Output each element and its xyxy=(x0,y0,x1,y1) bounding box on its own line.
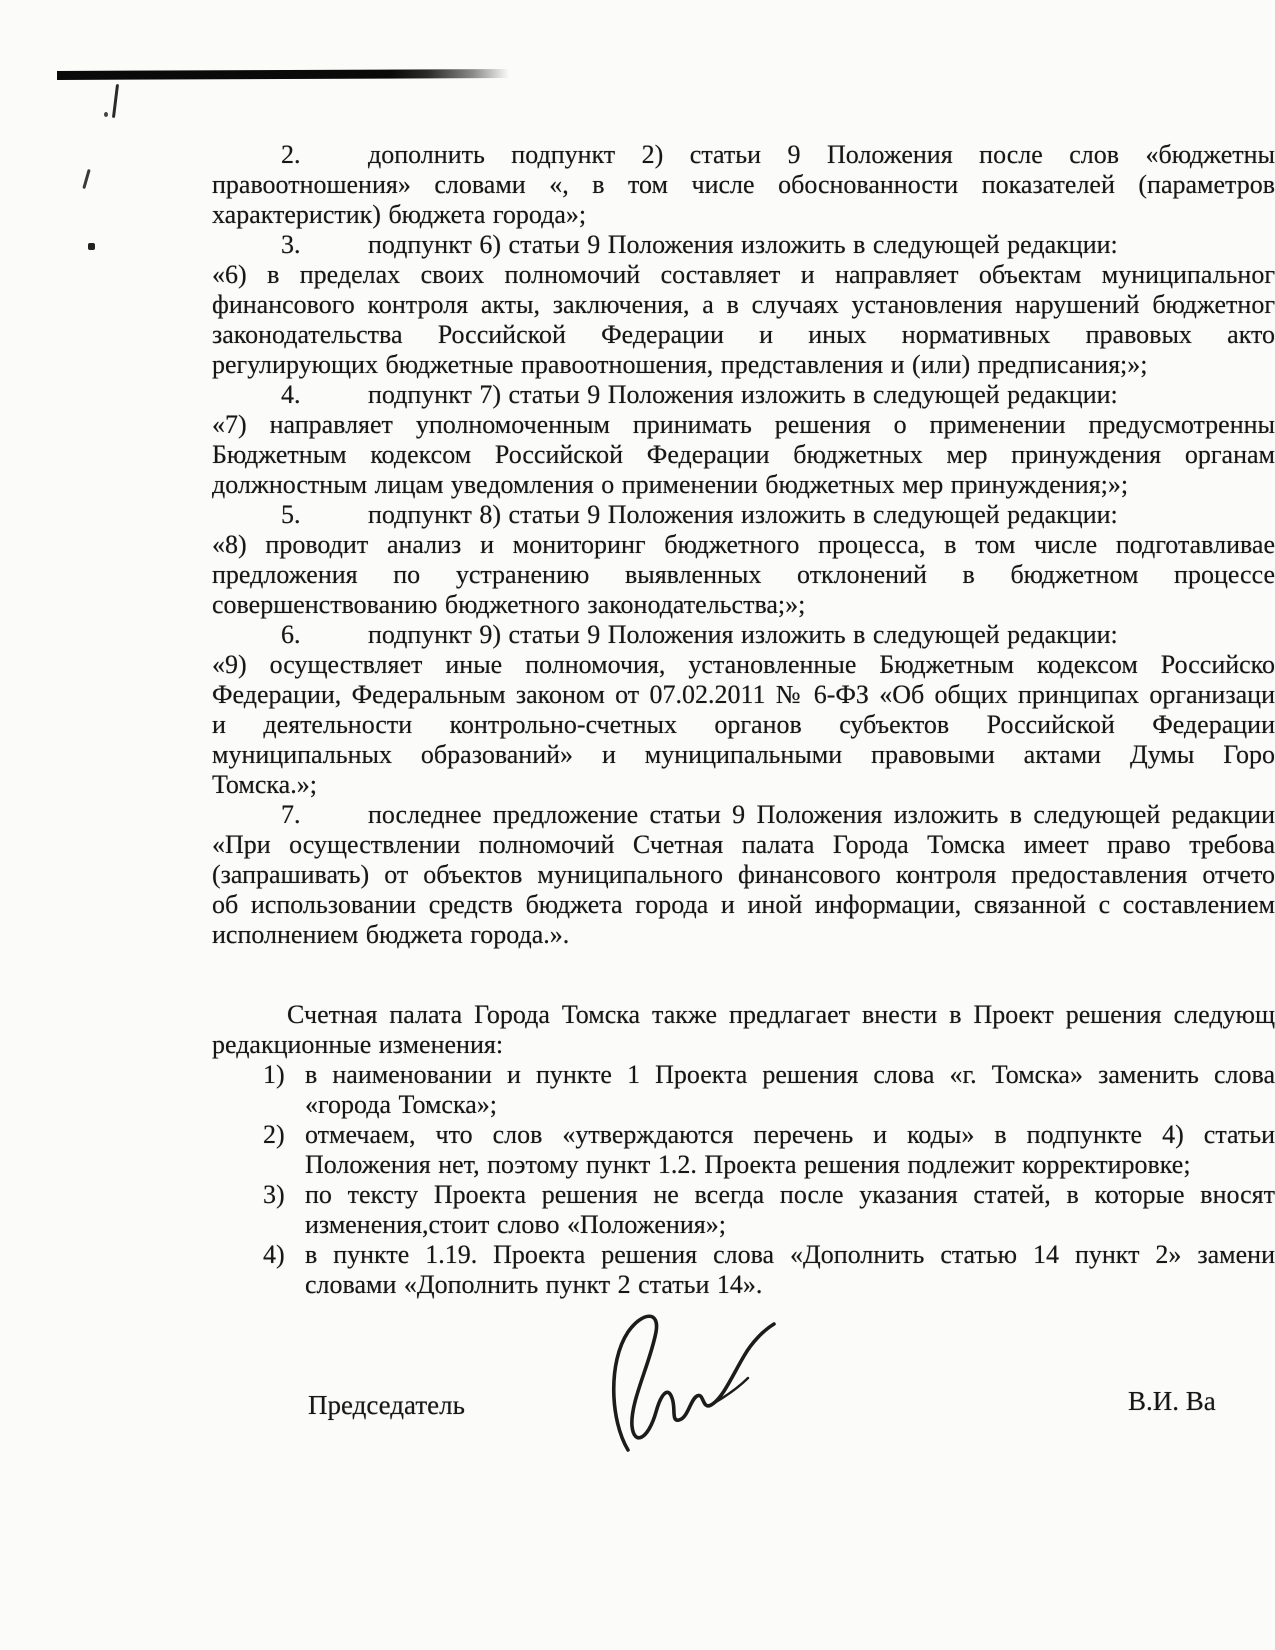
numbered-paragraph-line: 2.дополнить подпункт 2) статьи 9 Положен… xyxy=(212,140,1275,170)
line-text: характеристик) бюджета города»; xyxy=(212,200,586,229)
text-line: «6) в пределах своих полномочий составля… xyxy=(212,260,1275,290)
scan-artifact-mark xyxy=(88,243,95,250)
list-item-line: 3)по тексту Проекта решения не всегда по… xyxy=(212,1180,1275,1210)
text-line: правоотношения» словами «, в том числе о… xyxy=(212,170,1275,200)
line-text: финансового контроля акты, заключения, а… xyxy=(212,290,1275,319)
line-text: регулирующих бюджетные правоотношения, п… xyxy=(212,350,1147,379)
text-line: «9) осуществляет иные полномочия, устано… xyxy=(212,650,1275,680)
text-line: «8) проводит анализ и мониторинг бюджетн… xyxy=(212,530,1275,560)
line-text: подпункт 9) статьи 9 Положения изложить … xyxy=(368,620,1118,649)
line-text: правоотношения» словами «, в том числе о… xyxy=(212,170,1275,199)
scanned-document-page: 2.дополнить подпункт 2) статьи 9 Положен… xyxy=(0,0,1275,1650)
list-number: 4) xyxy=(263,1240,305,1270)
scan-artifact-mark xyxy=(82,169,90,189)
line-text: в наименовании и пункте 1 Проекта решени… xyxy=(305,1060,1275,1089)
text-line: «При осуществлении полномочий Счетная па… xyxy=(212,830,1275,860)
list-item-line: 2)отмечаем, что слов «утверждаются переч… xyxy=(212,1120,1275,1150)
line-text: в пункте 1.19. Проекта решения слова «До… xyxy=(305,1240,1275,1269)
list-number: 3) xyxy=(263,1180,305,1210)
paragraph-number: 7. xyxy=(281,800,368,830)
text-line: характеристик) бюджета города»; xyxy=(212,200,1275,230)
line-text: «9) осуществляет иные полномочия, устано… xyxy=(212,650,1275,679)
text-line: законодательства Российской Федерации и … xyxy=(212,320,1275,350)
line-text: муниципальных образований» и муниципальн… xyxy=(212,740,1275,769)
line-text: редакционные изменения: xyxy=(212,1030,503,1059)
scan-artifact-mark xyxy=(104,112,108,117)
line-text: «6) в пределах своих полномочий составля… xyxy=(212,260,1275,289)
list-number: 1) xyxy=(263,1060,305,1090)
text-line: Томска.»; xyxy=(212,770,1275,800)
text-line: редакционные изменения: xyxy=(212,1030,1275,1060)
text-line: и деятельности контрольно-счетных органо… xyxy=(212,710,1275,740)
text-line: «7) направляет уполномоченным принимать … xyxy=(212,410,1275,440)
line-text: отмечаем, что слов «утверждаются перечен… xyxy=(305,1120,1275,1149)
line-text: Бюджетным кодексом Российской Федерации … xyxy=(212,440,1275,469)
line-text: законодательства Российской Федерации и … xyxy=(212,320,1275,349)
text-line: об использовании средств бюджета города … xyxy=(212,890,1275,920)
text-line: Положения нет, поэтому пункт 1.2. Проект… xyxy=(305,1150,1275,1180)
text-line: Счетная палата Города Томска также предл… xyxy=(287,1000,1275,1030)
numbered-paragraph-line: 6.подпункт 9) статьи 9 Положения изложит… xyxy=(212,620,1275,650)
text-line: исполнением бюджета города.». xyxy=(212,920,1275,950)
signature-role-label: Председатель xyxy=(308,1390,465,1421)
line-text: предложения по устранению выявленных отк… xyxy=(212,560,1275,589)
text-line: регулирующих бюджетные правоотношения, п… xyxy=(212,350,1275,380)
paragraph-number: 4. xyxy=(281,380,368,410)
line-text: Положения нет, поэтому пункт 1.2. Проект… xyxy=(305,1150,1191,1179)
paragraph-number: 5. xyxy=(281,500,368,530)
line-text: подпункт 6) статьи 9 Положения изложить … xyxy=(368,230,1118,259)
numbered-paragraph-line: 3.подпункт 6) статьи 9 Положения изложит… xyxy=(212,230,1275,260)
document-body: 2.дополнить подпункт 2) статьи 9 Положен… xyxy=(212,140,1275,1300)
text-line: должностным лицам уведомления о применен… xyxy=(212,470,1275,500)
text-line: «города Томска»; xyxy=(305,1090,1275,1120)
line-text: по тексту Проекта решения не всегда посл… xyxy=(305,1180,1275,1209)
line-text: должностным лицам уведомления о применен… xyxy=(212,470,1128,499)
numbered-paragraph-line: 4.подпункт 7) статьи 9 Положения изложит… xyxy=(212,380,1275,410)
line-text: дополнить подпункт 2) статьи 9 Положения… xyxy=(368,140,1275,169)
paragraph-number: 6. xyxy=(281,620,368,650)
text-line: словами «Дополнить пункт 2 статьи 14». xyxy=(305,1270,1275,1300)
line-text: и деятельности контрольно-счетных органо… xyxy=(212,710,1275,739)
paragraph-number: 3. xyxy=(281,230,368,260)
numbered-paragraph-line: 5.подпункт 8) статьи 9 Положения изложит… xyxy=(212,500,1275,530)
line-text: подпункт 7) статьи 9 Положения изложить … xyxy=(368,380,1118,409)
list-number: 2) xyxy=(263,1120,305,1150)
numbered-paragraph-line: 7.последнее предложение статьи 9 Положен… xyxy=(212,800,1275,830)
text-line: финансового контроля акты, заключения, а… xyxy=(212,290,1275,320)
line-text: совершенствованию бюджетного законодател… xyxy=(212,590,805,619)
text-line: изменения,стоит слово «Положения»; xyxy=(305,1210,1275,1240)
line-text: исполнением бюджета города.». xyxy=(212,920,569,949)
signature-scribble xyxy=(598,1292,780,1460)
text-line: Бюджетным кодексом Российской Федерации … xyxy=(212,440,1275,470)
scan-artifact-top-bar xyxy=(57,69,509,80)
line-text: «города Томска»; xyxy=(305,1090,497,1119)
list-item-line: 4)в пункте 1.19. Проекта решения слова «… xyxy=(212,1240,1275,1270)
line-text: последнее предложение статьи 9 Положения… xyxy=(368,800,1275,829)
text-line: (запрашивать) от объектов муниципального… xyxy=(212,860,1275,890)
text-line: совершенствованию бюджетного законодател… xyxy=(212,590,1275,620)
line-text: «При осуществлении полномочий Счетная па… xyxy=(212,830,1275,859)
text-line: предложения по устранению выявленных отк… xyxy=(212,560,1275,590)
line-text: Федерации, Федеральным законом от 07.02.… xyxy=(212,680,1275,709)
line-text: «8) проводит анализ и мониторинг бюджетн… xyxy=(212,530,1275,559)
signature-name: В.И. Ва xyxy=(1128,1386,1216,1417)
line-text: Счетная палата Города Томска также предл… xyxy=(287,1000,1275,1029)
text-line: Федерации, Федеральным законом от 07.02.… xyxy=(212,680,1275,710)
line-text: об использовании средств бюджета города … xyxy=(212,890,1275,919)
line-text: подпункт 8) статьи 9 Положения изложить … xyxy=(368,500,1118,529)
list-item-line: 1)в наименовании и пункте 1 Проекта реше… xyxy=(212,1060,1275,1090)
scan-artifact-mark xyxy=(112,84,119,118)
paragraph-number: 2. xyxy=(281,140,368,170)
line-text: изменения,стоит слово «Положения»; xyxy=(305,1210,726,1239)
text-line: муниципальных образований» и муниципальн… xyxy=(212,740,1275,770)
line-text: «7) направляет уполномоченным принимать … xyxy=(212,410,1275,439)
line-text: Томска.»; xyxy=(212,770,317,799)
line-text: (запрашивать) от объектов муниципального… xyxy=(212,860,1275,889)
